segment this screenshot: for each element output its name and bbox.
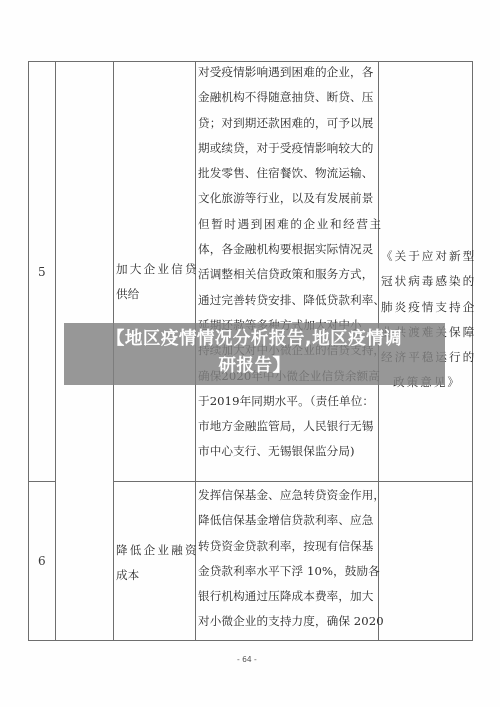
- measure-content: 对受疫情影响遇到困难的企业，各 金融机构不得随意抽贷、断贷、压 贷；对到期还款困…: [198, 60, 385, 465]
- row-index: 6: [38, 554, 46, 568]
- document-page: 5 加大企业信贷 供给 对受疫情影响遇到困难的企业，各 金融机构不得随意抽贷、断…: [0, 0, 500, 707]
- row-divider: [113, 481, 473, 482]
- page-number: - 64 -: [237, 655, 257, 664]
- table-border-bottom: [28, 640, 473, 641]
- row-divider: [28, 481, 55, 482]
- table-border-left: [28, 61, 29, 641]
- column-divider-1: [55, 61, 56, 641]
- title-overlay-banner: 【地区疫情情况分析报告,地区疫情调 研报告】: [64, 323, 445, 385]
- measure-title: 降低企业融资 成本: [116, 538, 199, 588]
- measure-content: 发挥信保基金、应急转贷资金作用， 降低信保基金增信贷款利率、应急 转贷资金贷款利…: [198, 483, 385, 635]
- row-index: 5: [38, 265, 46, 279]
- measure-title: 加大企业信贷 供给: [116, 257, 199, 307]
- overlay-title: 【地区疫情情况分析报告,地区疫情调 研报告】: [64, 326, 445, 380]
